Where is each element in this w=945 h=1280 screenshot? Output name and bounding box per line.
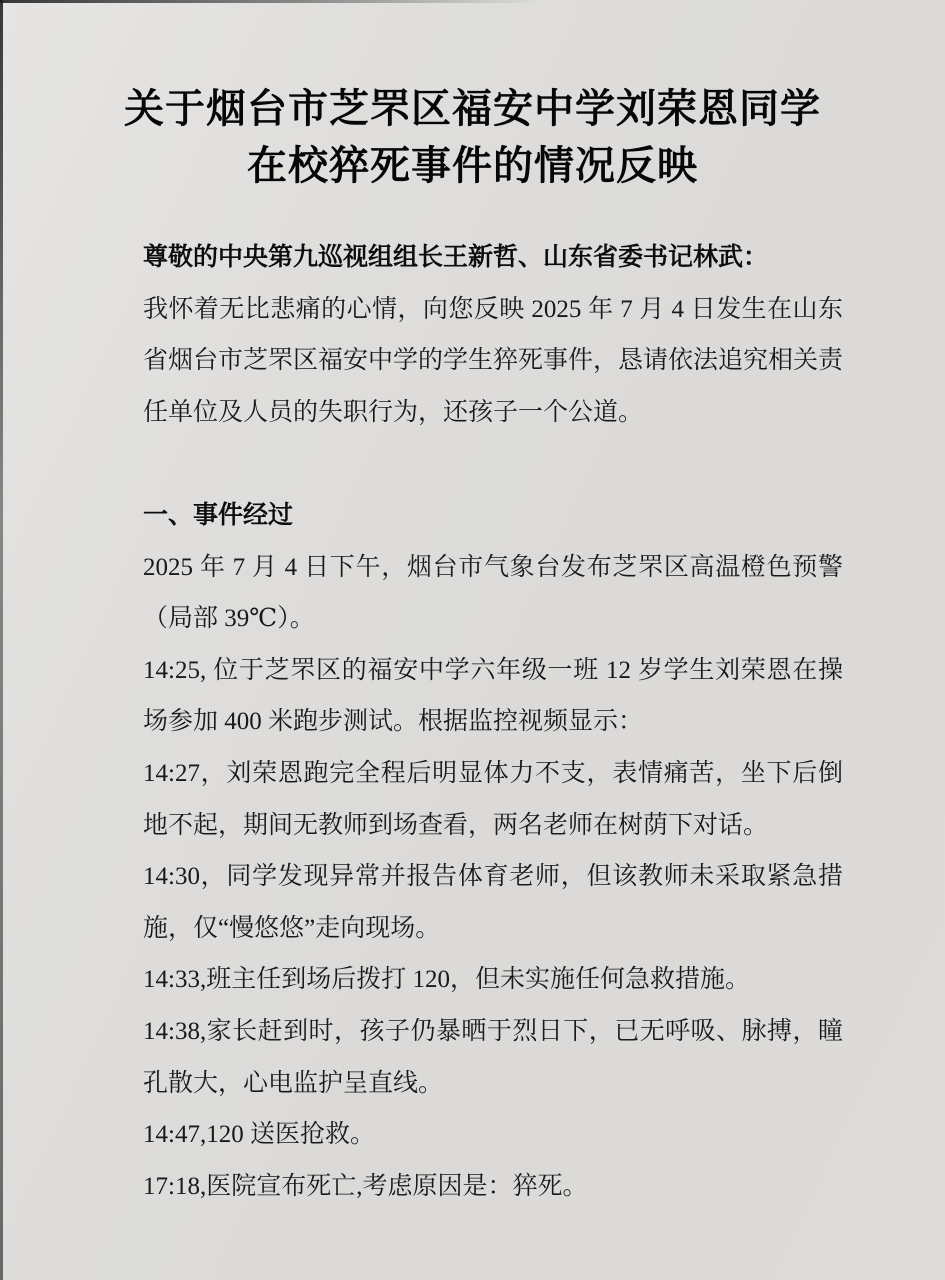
paragraph-spacer bbox=[143, 438, 843, 490]
timeline-1430-line-2: 施，仅“慢悠悠”走向现场。 bbox=[143, 903, 843, 955]
timeline-1433: 14:33,班主任到场后拨打 120，但未实施任何急救措施。 bbox=[143, 954, 843, 1006]
document-title-line-2: 在校猝死事件的情况反映 bbox=[0, 138, 945, 195]
timeline-1447: 14:47,120 送医抢救。 bbox=[143, 1109, 843, 1161]
body-text-lines: 我怀着无比悲痛的心情，向您反映 2025 年 7 月 4 日发生在山东省烟台市芝… bbox=[143, 284, 843, 1213]
document-title-line-1: 关于烟台市芝罘区福安中学刘荣恩同学 bbox=[0, 81, 945, 138]
document-body: 尊敬的中央第九巡视组组长王新哲、山东省委书记林武： 我怀着无比悲痛的心情，向您反… bbox=[143, 232, 843, 1212]
weather-line-2: （局部 39℃）。 bbox=[143, 593, 843, 645]
timeline-1438-line-2: 孔散大，心电监护呈直线。 bbox=[143, 1058, 843, 1110]
photo-edge-top bbox=[0, 0, 540, 3]
intro-line-1: 我怀着无比悲痛的心情，向您反映 2025 年 7 月 4 日发生在山东 bbox=[143, 284, 843, 336]
document-page: 关于烟台市芝罘区福安中学刘荣恩同学 在校猝死事件的情况反映 尊敬的中央第九巡视组… bbox=[0, 0, 945, 1280]
timeline-1718: 17:18,医院宣布死亡,考虑原因是：猝死。 bbox=[143, 1161, 843, 1213]
intro-line-2: 省烟台市芝罘区福安中学的学生猝死事件，恳请依法追究相关责 bbox=[143, 335, 843, 387]
section1-heading: 一、事件经过 bbox=[143, 490, 843, 542]
weather-line-1: 2025 年 7 月 4 日下午，烟台市气象台发布芝罘区高温橙色预警 bbox=[143, 542, 843, 594]
timeline-1427-line-1: 14:27，刘荣恩跑完全程后明显体力不支，表情痛苦，坐下后倒 bbox=[143, 748, 843, 800]
document-title: 关于烟台市芝罘区福安中学刘荣恩同学 在校猝死事件的情况反映 bbox=[0, 81, 945, 195]
timeline-1425-line-2: 场参加 400 米跑步测试。根据监控视频显示： bbox=[143, 696, 843, 748]
intro-line-3: 任单位及人员的失职行为，还孩子一个公道。 bbox=[143, 387, 843, 439]
timeline-1438-line-1: 14:38,家长赶到时，孩子仍暴晒于烈日下，已无呼吸、脉搏，瞳 bbox=[143, 1006, 843, 1058]
timeline-1427-line-2: 地不起，期间无教师到场查看，两名老师在树荫下对话。 bbox=[143, 800, 843, 852]
timeline-1425-line-1: 14:25, 位于芝罘区的福安中学六年级一班 12 岁学生刘荣恩在操 bbox=[143, 645, 843, 697]
salutation: 尊敬的中央第九巡视组组长王新哲、山东省委书记林武： bbox=[143, 232, 843, 284]
timeline-1430-line-1: 14:30，同学发现异常并报告体育老师，但该教师未采取紧急措 bbox=[143, 851, 843, 903]
